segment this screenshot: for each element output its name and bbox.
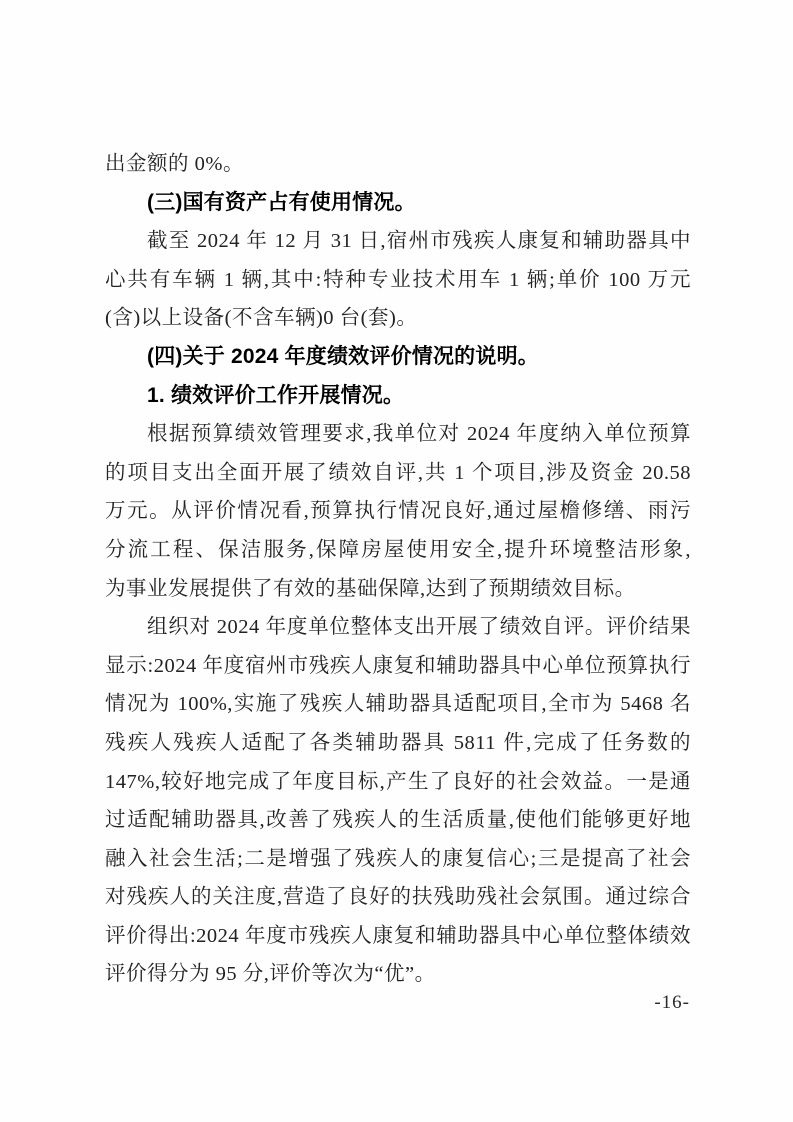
text-block: 出金额的 0%。(三)国有资产占有使用情况。截至 2024 年 12 月 31 … — [105, 145, 691, 994]
page-number: -16- — [654, 992, 690, 1014]
text-line: 的项目支出全面开展了绩效自评,共 1 个项目,涉及资金 20.58 — [105, 454, 691, 493]
text-line: 情况为 100%,实施了残疾人辅助器具适配项目,全市为 5468 名 — [105, 685, 691, 724]
text-line: 为事业发展提供了有效的基础保障,达到了预期绩效目标。 — [105, 570, 691, 609]
text-line: (含)以上设备(不含车辆)0 台(套)。 — [105, 299, 691, 338]
text-line: 根据预算绩效管理要求,我单位对 2024 年度纳入单位预算 — [105, 415, 691, 454]
document-page: 出金额的 0%。(三)国有资产占有使用情况。截至 2024 年 12 月 31 … — [0, 0, 793, 1122]
text-line: 显示:2024 年度宿州市残疾人康复和辅助器具中心单位预算执行 — [105, 647, 691, 686]
text-line: 对残疾人的关注度,营造了良好的扶残助残社会氛围。通过综合 — [105, 878, 691, 917]
text-line: 分流工程、保洁服务,保障房屋使用安全,提升环境整洁形象, — [105, 531, 691, 570]
heading-line: (三)国有资产占有使用情况。 — [105, 184, 691, 223]
heading-line: (四)关于 2024 年度绩效评价情况的说明。 — [105, 338, 691, 377]
text-line: 出金额的 0%。 — [105, 145, 691, 184]
text-line: 融入社会生活;二是增强了残疾人的康复信心;三是提高了社会 — [105, 840, 691, 879]
text-line: 过适配辅助器具,改善了残疾人的生活质量,使他们能够更好地 — [105, 801, 691, 840]
text-line: 147%,较好地完成了年度目标,产生了良好的社会效益。一是通 — [105, 763, 691, 802]
text-line: 残疾人残疾人适配了各类辅助器具 5811 件,完成了任务数的 — [105, 724, 691, 763]
text-line: 截至 2024 年 12 月 31 日,宿州市残疾人康复和辅助器具中 — [105, 222, 691, 261]
text-line: 评价得出:2024 年度市残疾人康复和辅助器具中心单位整体绩效 — [105, 917, 691, 956]
text-line: 评价得分为 95 分,评价等次为“优”。 — [105, 955, 691, 994]
text-line: 万元。从评价情况看,预算执行情况良好,通过屋檐修缮、雨污 — [105, 492, 691, 531]
text-line: 心共有车辆 1 辆,其中:特种专业技术用车 1 辆;单价 100 万元 — [105, 261, 691, 300]
heading-line: 1. 绩效评价工作开展情况。 — [105, 377, 691, 416]
text-line: 组织对 2024 年度单位整体支出开展了绩效自评。评价结果 — [105, 608, 691, 647]
